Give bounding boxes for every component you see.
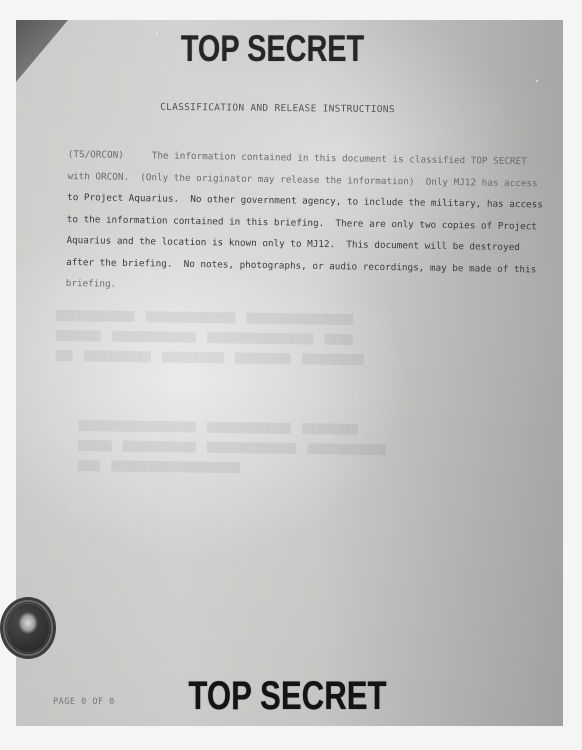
bleed-through-text-2: █████████████████████ ███████████████ ██… bbox=[78, 417, 559, 484]
coin-quarter-icon bbox=[0, 597, 56, 659]
document-sheet: TOP SECRET CLASSIFICATION AND RELEASE IN… bbox=[16, 20, 563, 726]
classification-stamp-top: TOP SECRET bbox=[59, 28, 486, 70]
bleed-through-text: ██████████████ ████████████████ ████████… bbox=[56, 307, 537, 374]
dust-speck bbox=[71, 507, 73, 509]
coin-rim bbox=[6, 603, 50, 653]
dust-speck bbox=[156, 32, 158, 34]
document-body: (TS/ORCON) The information contained in … bbox=[66, 144, 548, 302]
dust-speck bbox=[536, 80, 538, 82]
document-heading: CLASSIFICATION AND RELEASE INSTRUCTIONS bbox=[16, 100, 551, 117]
classification-stamp-bottom: TOP SECRET bbox=[74, 674, 501, 719]
